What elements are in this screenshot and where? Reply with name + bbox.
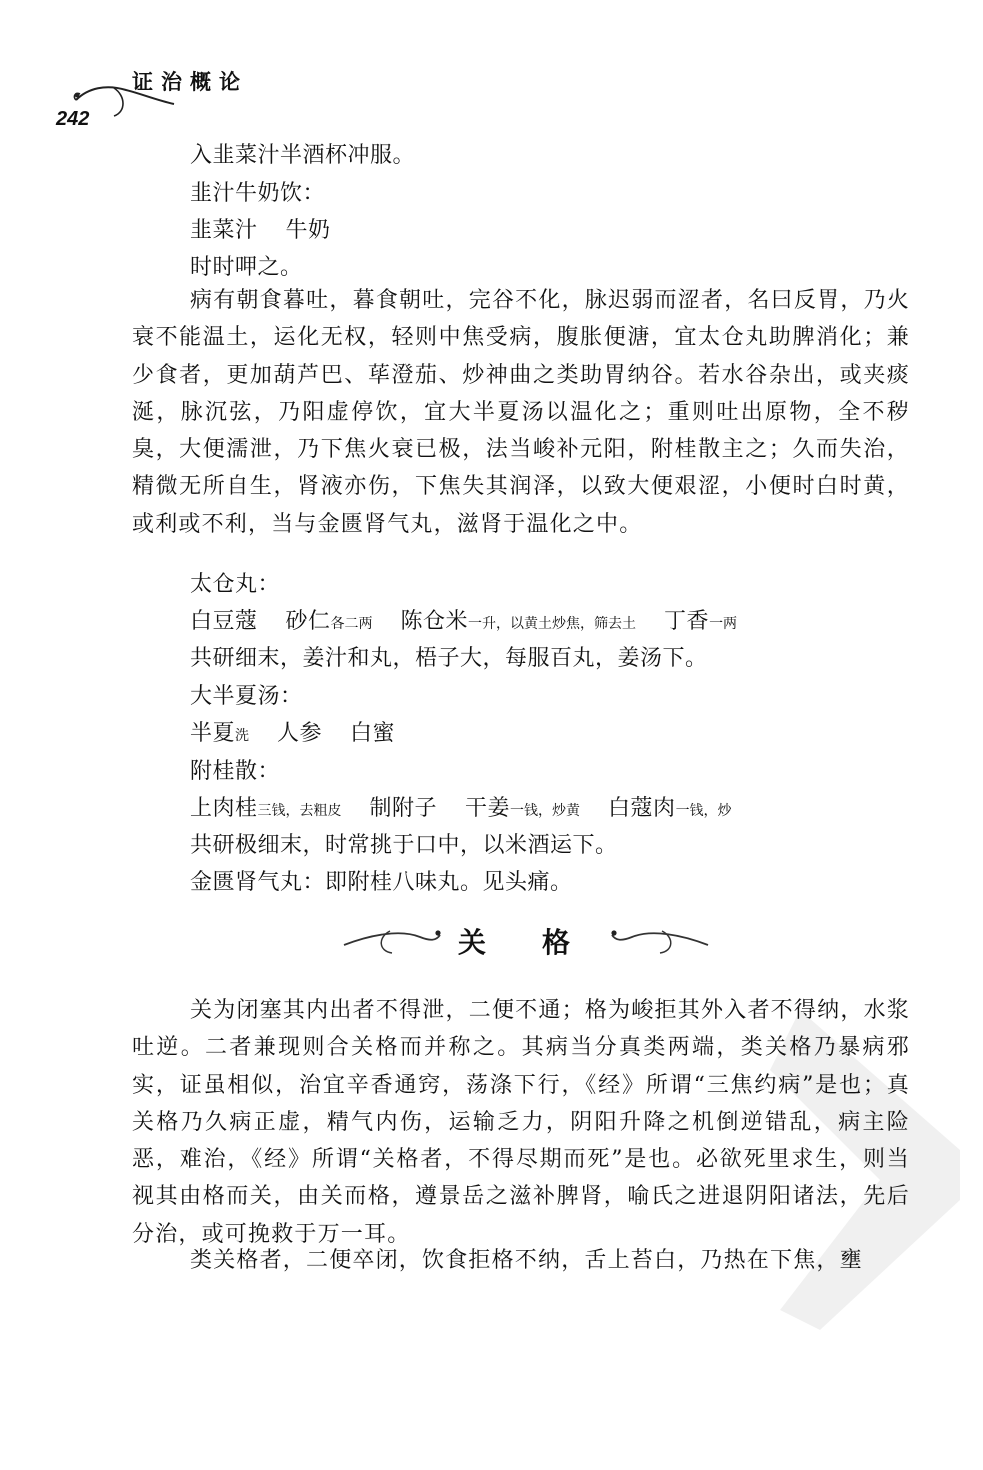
herb: 干姜 (465, 796, 510, 821)
dosage-note: 一钱，炒黄 (510, 803, 580, 819)
herb: 韭菜汁 (190, 218, 258, 243)
dosage-note: 洗 (235, 728, 249, 744)
formula-ingredients: 半夏洗人参白蜜 (190, 721, 395, 749)
dosage-note: 一升，以黄土炒焦，筛去土 (468, 616, 636, 632)
section-title: 关格 (458, 921, 626, 961)
formula-name: 太仓丸： (190, 572, 280, 598)
formula-ingredients: 上肉桂三钱，去粗皮制附子干姜一钱，炒黄白蔻肉一钱，炒 (190, 796, 732, 824)
herb: 制附子 (370, 796, 438, 821)
section-heading: 关格 (340, 915, 720, 965)
usage-line: 时时呷之。 (190, 255, 303, 281)
dosage-note: 一钱，炒 (676, 803, 732, 819)
page-number: 242 (56, 108, 89, 131)
dosage-note: 三钱，去粗皮 (258, 803, 342, 819)
formula-name: 大半夏汤： (190, 684, 303, 710)
herb: 白蔻肉 (608, 796, 676, 821)
herb: 半夏 (190, 721, 235, 746)
dosage-note: 一两 (709, 616, 737, 632)
right-flourish-ornament (602, 923, 712, 957)
scan-watermark (760, 1010, 960, 1330)
formula-method: 共研细末，姜汁和丸，梧子大，每服百丸，姜汤下。 (190, 646, 708, 672)
herb: 牛奶 (286, 218, 331, 243)
herb: 陈仓米 (401, 609, 469, 634)
formula-name: 附桂散： (190, 759, 280, 785)
formula-method: 共研极细末，时常挑于口中，以米酒运下。 (190, 833, 618, 859)
herb: 上肉桂 (190, 796, 258, 821)
herb: 人参 (277, 721, 322, 746)
herb: 白豆蔻 (190, 609, 258, 634)
herb: 丁香 (664, 609, 709, 634)
formula-ingredients: 白豆蔻砂仁各二两陈仓米一升，以黄土炒焦，筛去土丁香一两 (190, 609, 737, 637)
left-flourish-ornament (340, 923, 450, 957)
dosage-note: 各二两 (331, 616, 373, 632)
formula-reference: 金匮肾气丸：即附桂八味丸。见头痛。 (190, 870, 573, 896)
text-line: 入韭菜汁半酒杯冲服。 (190, 143, 415, 169)
formula-name: 韭汁牛奶饮： (190, 181, 325, 207)
herb: 白蜜 (350, 721, 395, 746)
herb: 砂仁 (286, 609, 331, 634)
formula-ingredients: 韭菜汁牛奶 (190, 218, 331, 244)
body-paragraph: 病有朝食暮吐，暮食朝吐，完谷不化，脉迟弱而涩者，名曰反胃，乃火衰不能温土，运化无… (132, 282, 910, 543)
